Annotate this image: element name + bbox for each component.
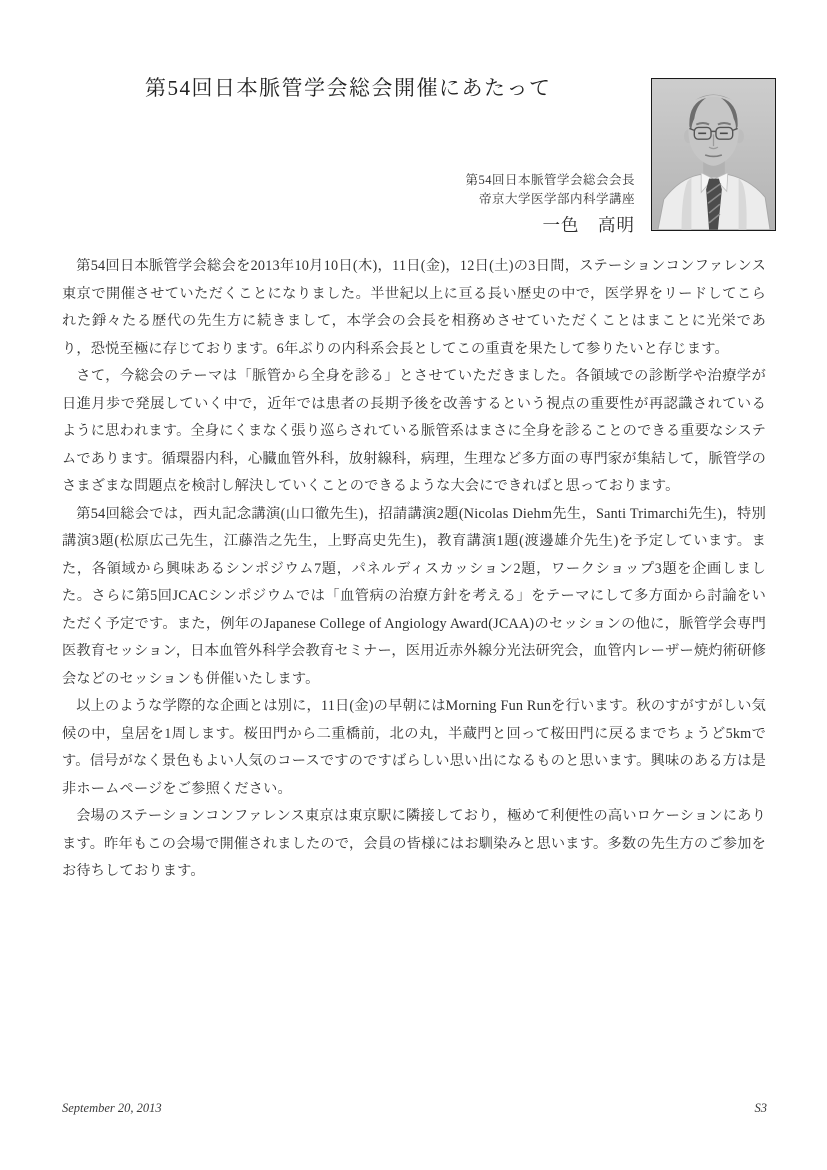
article-body: 第54回日本脈管学会総会を2013年10月10日(木)，11日(金)，12日(土… xyxy=(62,253,766,886)
portrait-illustration xyxy=(652,79,775,230)
footer-page-number: S3 xyxy=(755,1101,768,1116)
author-affiliation: 帝京大学医学部内科学講座 xyxy=(465,190,635,209)
author-block: 第54回日本脈管学会総会会長 帝京大学医学部内科学講座 一色 高明 xyxy=(465,171,635,238)
author-name: 一色 高明 xyxy=(465,212,635,238)
paragraph-1: 第54回日本脈管学会総会を2013年10月10日(木)，11日(金)，12日(土… xyxy=(62,253,766,363)
document-page: 第54回日本脈管学会総会開催にあたって xyxy=(0,0,827,1170)
page-footer: September 20, 2013 S3 xyxy=(62,1101,767,1116)
page-title: 第54回日本脈管学会総会開催にあたって xyxy=(145,72,552,102)
paragraph-5: 会場のステーションコンファレンス東京は東京駅に隣接しており，極めて利便性の高いロ… xyxy=(62,803,766,886)
paragraph-3: 第54回総会では，西丸記念講演(山口徹先生)，招請講演2題(Nicolas Di… xyxy=(62,501,766,694)
author-photo xyxy=(651,78,776,231)
author-role: 第54回日本脈管学会総会会長 xyxy=(465,171,635,190)
paragraph-4: 以上のような学際的な企画とは別に，11日(金)の早朝にはMorning Fun … xyxy=(62,693,766,803)
paragraph-2: さて，今総会のテーマは「脈管から全身を診る」とさせていただきました。各領域での診… xyxy=(62,363,766,501)
footer-date: September 20, 2013 xyxy=(62,1101,162,1116)
